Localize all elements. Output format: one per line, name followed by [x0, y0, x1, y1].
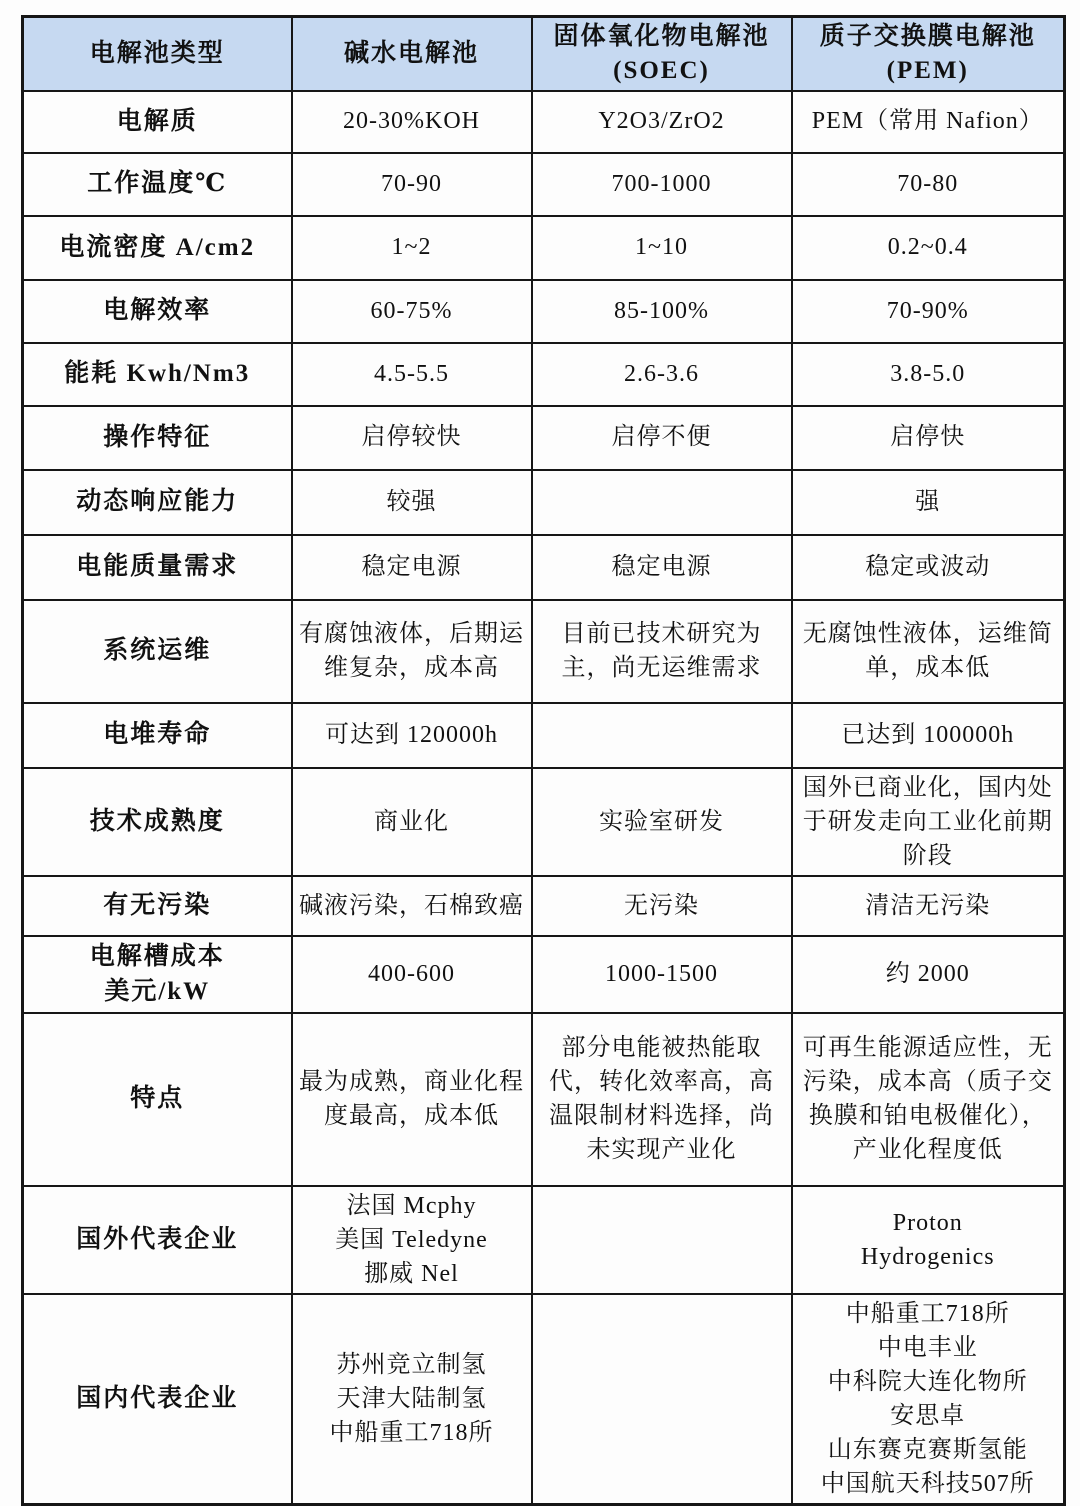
value-cell-working-temperature-col2: 700-1000	[532, 153, 792, 216]
text-line: 中国航天科技507所	[799, 1467, 1058, 1501]
table-row-power-quality-demand: 电能质量需求稳定电源稳定电源稳定或波动	[23, 535, 1065, 600]
table-row-system-maintenance: 系统运维有腐蚀液体，后期运维复杂，成本高目前已技术研究为主，尚无运维需求无腐蚀性…	[23, 600, 1065, 703]
value-cell-features-col3: 可再生能源适应性，无污染，成本高（质子交换膜和铂电极催化），产业化程度低	[792, 1013, 1065, 1186]
text-line: 电解槽成本	[30, 939, 285, 975]
table-row-stack-lifetime: 电堆寿命可达到 120000h已达到 100000h	[23, 703, 1065, 768]
value-cell-system-maintenance-col2: 目前已技术研究为主，尚无运维需求	[532, 600, 792, 703]
text-line: 天津大陆制氢	[299, 1382, 525, 1416]
value-cell-electrolyzer-cost-col3: 约 2000	[792, 936, 1065, 1013]
value-cell-electrolyte-col3: PEM（常用 Nafion）	[792, 91, 1065, 153]
text-line: 挪威 Nel	[299, 1257, 525, 1291]
text-line: 固体氧化物电解池	[539, 20, 785, 54]
value-cell-operating-characteristics-col3: 启停快	[792, 406, 1065, 470]
row-label-electrolyte: 电解质	[23, 91, 292, 153]
value-cell-pollution-col2: 无污染	[532, 876, 792, 936]
value-cell-current-density-col3: 0.2~0.4	[792, 216, 1065, 280]
row-label-energy-consumption: 能耗 Kwh/Nm3	[23, 343, 292, 406]
row-label-electrolysis-efficiency: 电解效率	[23, 280, 292, 343]
table-row-pollution: 有无污染碱液污染，石棉致癌无污染清洁无污染	[23, 876, 1065, 936]
electrolyzer-comparison-table: 电解池类型碱水电解池固体氧化物电解池(SOEC)质子交换膜电解池(PEM) 电解…	[21, 15, 1066, 1506]
value-cell-stack-lifetime-col3: 已达到 100000h	[792, 703, 1065, 768]
table-row-dynamic-response: 动态响应能力较强强	[23, 470, 1065, 535]
value-cell-technology-maturity-col1: 商业化	[292, 768, 532, 876]
value-cell-power-quality-demand-col3: 稳定或波动	[792, 535, 1065, 600]
text-line: 山东赛克赛斯氢能	[799, 1433, 1058, 1467]
table-row-foreign-representative-companies: 国外代表企业法国 Mcphy美国 Teledyne挪威 NelProtonHyd…	[23, 1186, 1065, 1294]
column-header-2: 固体氧化物电解池(SOEC)	[532, 17, 792, 91]
table-row-current-density: 电流密度 A/cm21~21~100.2~0.4	[23, 216, 1065, 280]
value-cell-current-density-col2: 1~10	[532, 216, 792, 280]
text-line: 质子交换膜电解池	[799, 20, 1058, 54]
value-cell-working-temperature-col1: 70-90	[292, 153, 532, 216]
row-label-stack-lifetime: 电堆寿命	[23, 703, 292, 768]
text-line: 美元/kW	[30, 974, 285, 1010]
row-label-domestic-representative-companies: 国内代表企业	[23, 1294, 292, 1505]
value-cell-energy-consumption-col3: 3.8-5.0	[792, 343, 1065, 406]
text-line: Proton	[799, 1206, 1058, 1240]
text-line: 中电丰业	[799, 1331, 1058, 1365]
text-line: (PEM)	[799, 54, 1058, 88]
value-cell-electrolysis-efficiency-col1: 60-75%	[292, 280, 532, 343]
text-line: 中船重工718所	[299, 1416, 525, 1450]
text-line: 安思卓	[799, 1399, 1058, 1433]
column-header-0: 电解池类型	[23, 17, 292, 91]
text-line: Hydrogenics	[799, 1240, 1058, 1274]
value-cell-domestic-representative-companies-col2	[532, 1294, 792, 1505]
table-row-electrolysis-efficiency: 电解效率60-75%85-100%70-90%	[23, 280, 1065, 343]
value-cell-current-density-col1: 1~2	[292, 216, 532, 280]
table-row-features: 特点最为成熟，商业化程度最高，成本低部分电能被热能取代，转化效率高，高温限制材料…	[23, 1013, 1065, 1186]
value-cell-foreign-representative-companies-col1: 法国 Mcphy美国 Teledyne挪威 Nel	[292, 1186, 532, 1294]
value-cell-operating-characteristics-col2: 启停不便	[532, 406, 792, 470]
value-cell-electrolysis-efficiency-col3: 70-90%	[792, 280, 1065, 343]
row-label-pollution: 有无污染	[23, 876, 292, 936]
value-cell-foreign-representative-companies-col3: ProtonHydrogenics	[792, 1186, 1065, 1294]
column-header-1: 碱水电解池	[292, 17, 532, 91]
value-cell-electrolyte-col1: 20-30%KOH	[292, 91, 532, 153]
text-line: 法国 Mcphy	[299, 1189, 525, 1223]
value-cell-foreign-representative-companies-col2	[532, 1186, 792, 1294]
table-body: 电解质20-30%KOHY2O3/ZrO2PEM（常用 Nafion）工作温度℃…	[23, 91, 1065, 1505]
table-row-working-temperature: 工作温度℃70-90700-100070-80	[23, 153, 1065, 216]
row-label-dynamic-response: 动态响应能力	[23, 470, 292, 535]
text-line: 中科院大连化物所	[799, 1365, 1058, 1399]
table-row-electrolyzer-cost: 电解槽成本美元/kW400-6001000-1500约 2000	[23, 936, 1065, 1013]
value-cell-system-maintenance-col3: 无腐蚀性液体，运维简单，成本低	[792, 600, 1065, 703]
row-label-foreign-representative-companies: 国外代表企业	[23, 1186, 292, 1294]
row-label-power-quality-demand: 电能质量需求	[23, 535, 292, 600]
row-label-system-maintenance: 系统运维	[23, 600, 292, 703]
value-cell-technology-maturity-col2: 实验室研发	[532, 768, 792, 876]
value-cell-system-maintenance-col1: 有腐蚀液体，后期运维复杂，成本高	[292, 600, 532, 703]
value-cell-dynamic-response-col2	[532, 470, 792, 535]
row-label-operating-characteristics: 操作特征	[23, 406, 292, 470]
text-line: (SOEC)	[539, 54, 785, 88]
value-cell-stack-lifetime-col2	[532, 703, 792, 768]
value-cell-features-col2: 部分电能被热能取代，转化效率高，高温限制材料选择，尚未实现产业化	[532, 1013, 792, 1186]
value-cell-electrolyzer-cost-col2: 1000-1500	[532, 936, 792, 1013]
value-cell-electrolysis-efficiency-col2: 85-100%	[532, 280, 792, 343]
row-label-electrolyzer-cost: 电解槽成本美元/kW	[23, 936, 292, 1013]
value-cell-electrolyte-col2: Y2O3/ZrO2	[532, 91, 792, 153]
value-cell-electrolyzer-cost-col1: 400-600	[292, 936, 532, 1013]
value-cell-pollution-col1: 碱液污染，石棉致癌	[292, 876, 532, 936]
value-cell-energy-consumption-col1: 4.5-5.5	[292, 343, 532, 406]
value-cell-stack-lifetime-col1: 可达到 120000h	[292, 703, 532, 768]
table-row-technology-maturity: 技术成熟度商业化实验室研发国外已商业化，国内处于研发走向工业化前期阶段	[23, 768, 1065, 876]
table-row-electrolyte: 电解质20-30%KOHY2O3/ZrO2PEM（常用 Nafion）	[23, 91, 1065, 153]
text-line: 苏州竞立制氢	[299, 1348, 525, 1382]
value-cell-domestic-representative-companies-col1: 苏州竞立制氢天津大陆制氢中船重工718所	[292, 1294, 532, 1505]
value-cell-energy-consumption-col2: 2.6-3.6	[532, 343, 792, 406]
value-cell-features-col1: 最为成熟，商业化程度最高，成本低	[292, 1013, 532, 1186]
table-row-domestic-representative-companies: 国内代表企业苏州竞立制氢天津大陆制氢中船重工718所中船重工718所中电丰业中科…	[23, 1294, 1065, 1505]
value-cell-dynamic-response-col3: 强	[792, 470, 1065, 535]
page-background: 电解池类型碱水电解池固体氧化物电解池(SOEC)质子交换膜电解池(PEM) 电解…	[0, 0, 1080, 1501]
value-cell-technology-maturity-col3: 国外已商业化，国内处于研发走向工业化前期阶段	[792, 768, 1065, 876]
value-cell-dynamic-response-col1: 较强	[292, 470, 532, 535]
row-label-current-density: 电流密度 A/cm2	[23, 216, 292, 280]
value-cell-domestic-representative-companies-col3: 中船重工718所中电丰业中科院大连化物所安思卓山东赛克赛斯氢能中国航天科技507…	[792, 1294, 1065, 1505]
value-cell-pollution-col3: 清洁无污染	[792, 876, 1065, 936]
text-line: 美国 Teledyne	[299, 1223, 525, 1257]
table-row-energy-consumption: 能耗 Kwh/Nm34.5-5.52.6-3.63.8-5.0	[23, 343, 1065, 406]
table-header: 电解池类型碱水电解池固体氧化物电解池(SOEC)质子交换膜电解池(PEM)	[23, 17, 1065, 91]
value-cell-power-quality-demand-col1: 稳定电源	[292, 535, 532, 600]
value-cell-power-quality-demand-col2: 稳定电源	[532, 535, 792, 600]
text-line: 中船重工718所	[799, 1297, 1058, 1331]
row-label-technology-maturity: 技术成熟度	[23, 768, 292, 876]
value-cell-operating-characteristics-col1: 启停较快	[292, 406, 532, 470]
value-cell-working-temperature-col3: 70-80	[792, 153, 1065, 216]
table-row-operating-characteristics: 操作特征启停较快启停不便启停快	[23, 406, 1065, 470]
column-header-3: 质子交换膜电解池(PEM)	[792, 17, 1065, 91]
row-label-features: 特点	[23, 1013, 292, 1186]
row-label-working-temperature: 工作温度℃	[23, 153, 292, 216]
